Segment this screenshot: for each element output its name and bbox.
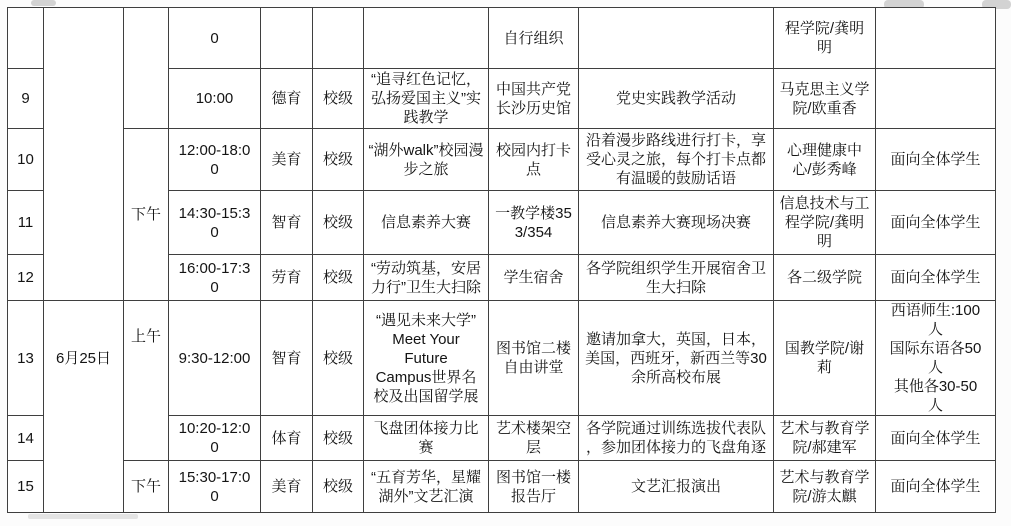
date-cell-june-25: 6月25日 [44, 301, 124, 513]
r12-description-cell: 各学院组织学生开展宿舍卫生大扫除 [579, 255, 774, 301]
r9-activity-cell: “追寻红色记忆，弘扬爱国主义”实践教学 [364, 69, 489, 129]
activity-schedule-table: 0 自行组织 程学院/龚明明 9 10:00 德育 校级 “追寻红色记忆，弘扬爱… [7, 7, 996, 513]
r15-time-cell: 15:30-17:00 [169, 461, 261, 513]
cropped-ui-fragment-top-left [31, 0, 56, 6]
r14-level-cell: 校级 [313, 416, 364, 461]
top-activity-cell [364, 8, 489, 69]
r9-time-cell: 10:00 [169, 69, 261, 129]
r13-category-cell: 智育 [261, 301, 313, 416]
top-audience-cell [876, 8, 996, 69]
r9-audience-cell [876, 69, 996, 129]
r10-audience-cell: 面向全体学生 [876, 129, 996, 191]
r12-location-cell: 学生宿舍 [489, 255, 579, 301]
cropped-ui-fragment-bottom-left [28, 514, 138, 519]
r13-location-cell: 图书馆二楼自由讲堂 [489, 301, 579, 416]
r14-organizer-cell: 艺术与教育学院/郝建军 [774, 416, 876, 461]
r15-audience-cell: 面向全体学生 [876, 461, 996, 513]
r9-description-cell: 党史实践教学活动 [579, 69, 774, 129]
r10-row-number-cell: 10 [8, 129, 44, 191]
r9-row-number-cell: 9 [8, 69, 44, 129]
date-cell-empty [44, 8, 124, 301]
r12-category-cell: 劳育 [261, 255, 313, 301]
r12-audience-cell: 面向全体学生 [876, 255, 996, 301]
r12-level-cell: 校级 [313, 255, 364, 301]
r13-level-cell: 校级 [313, 301, 364, 416]
r12-activity-cell: “劳动筑基，安居力行”卫生大扫除 [364, 255, 489, 301]
top-description-cell [579, 8, 774, 69]
period-cell-pm-2: 下午 [124, 461, 169, 513]
r14-location-cell: 艺术楼架空层 [489, 416, 579, 461]
r10-location-cell: 校园内打卡点 [489, 129, 579, 191]
r15-activity-cell: “五育芳华，星耀湖外”文艺汇演 [364, 461, 489, 513]
r10-activity-cell: “湖外walk”校园漫步之旅 [364, 129, 489, 191]
screenshot-stage: 0 自行组织 程学院/龚明明 9 10:00 德育 校级 “追寻红色记忆，弘扬爱… [0, 0, 1011, 526]
r11-activity-cell: 信息素养大赛 [364, 191, 489, 255]
r15-location-cell: 图书馆一楼报告厅 [489, 461, 579, 513]
r13-description-cell: 邀请加拿大，英国，日本，美国，西班牙，新西兰等30余所高校布展 [579, 301, 774, 416]
r13-time-cell: 9:30-12:00 [169, 301, 261, 416]
r12-row-number-cell: 12 [8, 255, 44, 301]
top-row-number-cell [8, 8, 44, 69]
r13-row-number-cell: 13 [8, 301, 44, 416]
r11-level-cell: 校级 [313, 191, 364, 255]
r14-row-number-cell: 14 [8, 416, 44, 461]
top-level-cell [313, 8, 364, 69]
r15-category-cell: 美育 [261, 461, 313, 513]
r9-location-cell: 中国共产党长沙历史馆 [489, 69, 579, 129]
top-time-cell: 0 [169, 8, 261, 69]
r9-level-cell: 校级 [313, 69, 364, 129]
r12-organizer-cell: 各二级学院 [774, 255, 876, 301]
r11-row-number-cell: 11 [8, 191, 44, 255]
schedule-row-top-partial: 0 自行组织 程学院/龚明明 [8, 8, 996, 69]
r15-level-cell: 校级 [313, 461, 364, 513]
r10-description-cell: 沿着漫步路线进行打卡，享受心灵之旅，每个打卡点都有温暖的鼓励话语 [579, 129, 774, 191]
schedule-row-10: 10 下午 12:00-18:00 美育 校级 “湖外walk”校园漫步之旅 校… [8, 129, 996, 191]
r14-audience-cell: 面向全体学生 [876, 416, 996, 461]
r15-description-cell: 文艺汇报演出 [579, 461, 774, 513]
schedule-row-15: 15 下午 15:30-17:00 美育 校级 “五育芳华，星耀湖外”文艺汇演 … [8, 461, 996, 513]
r9-category-cell: 德育 [261, 69, 313, 129]
r10-time-cell: 12:00-18:00 [169, 129, 261, 191]
r14-description-cell: 各学院通过训练选拔代表队 ，参加团体接力的飞盘角逐 [579, 416, 774, 461]
r10-organizer-cell: 心理健康中心/彭秀峰 [774, 129, 876, 191]
period-cell-pm-1: 下午 [124, 129, 169, 301]
top-location-cell: 自行组织 [489, 8, 579, 69]
r13-organizer-cell: 国教学院/谢莉 [774, 301, 876, 416]
schedule-row-13: 13 6月25日 上午 9:30-12:00 智育 校级 “遇见未来大学” Me… [8, 301, 996, 416]
period-cell-am: 上午 [124, 301, 169, 461]
r11-audience-cell: 面向全体学生 [876, 191, 996, 255]
r11-organizer-cell: 信息技术与工程学院/龚明明 [774, 191, 876, 255]
r14-category-cell: 体育 [261, 416, 313, 461]
r15-row-number-cell: 15 [8, 461, 44, 513]
r11-category-cell: 智育 [261, 191, 313, 255]
r13-activity-cell: “遇见未来大学” Meet Your Future Campus世界名 校及出国… [364, 301, 489, 416]
period-cell-top [124, 8, 169, 129]
r13-audience-cell: 西语师生:100 人 国际东语各50 人 其他各30-50 人 [876, 301, 996, 416]
r10-level-cell: 校级 [313, 129, 364, 191]
r11-time-cell: 14:30-15:30 [169, 191, 261, 255]
top-category-cell [261, 8, 313, 69]
top-organizer-cell: 程学院/龚明明 [774, 8, 876, 69]
r10-category-cell: 美育 [261, 129, 313, 191]
r11-location-cell: 一教学楼353/354 [489, 191, 579, 255]
r15-organizer-cell: 艺术与教育学院/游太麒 [774, 461, 876, 513]
r9-organizer-cell: 马克思主义学院/欧重香 [774, 69, 876, 129]
r11-description-cell: 信息素养大赛现场决赛 [579, 191, 774, 255]
r14-activity-cell: 飞盘团体接力比赛 [364, 416, 489, 461]
r14-time-cell: 10:20-12:00 [169, 416, 261, 461]
r12-time-cell: 16:00-17:30 [169, 255, 261, 301]
